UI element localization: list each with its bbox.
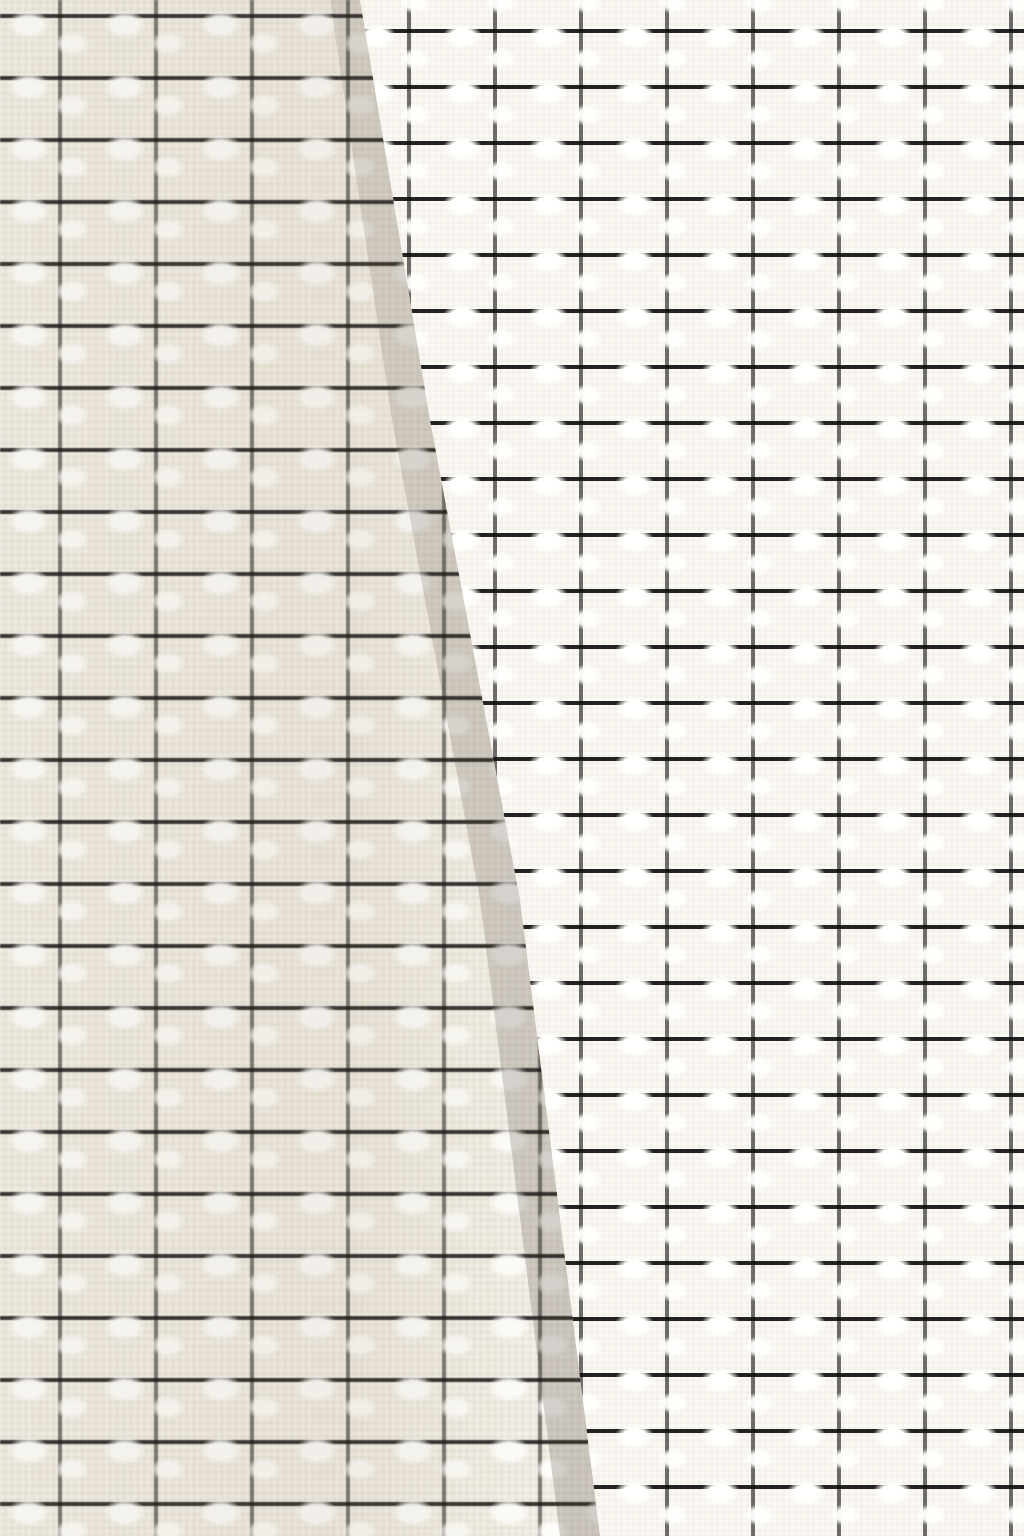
tweed-fabric-photo <box>0 0 1024 1536</box>
